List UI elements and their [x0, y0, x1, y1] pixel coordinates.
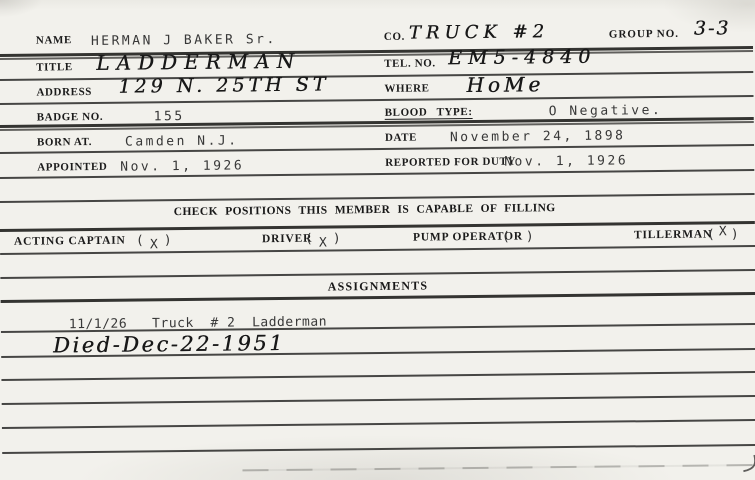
- assignments-heading: ASSIGNMENTS: [0, 275, 755, 298]
- assignments-section: ASSIGNMENTS 11/1/26 Truck # 2 Ladderman …: [0, 0, 755, 480]
- card-content: NAME HERMAN J BAKER Sr. CO. TRUCK #2 GRO…: [0, 0, 755, 480]
- assignment-entry-handwritten: Died-Dec-22-1951: [53, 331, 285, 357]
- pen-hook-mark: [741, 454, 755, 474]
- assignment-entry-typed: 11/1/26 Truck # 2 Ladderman: [69, 315, 327, 333]
- scanned-record-card: NAME HERMAN J BAKER Sr. CO. TRUCK #2 GRO…: [0, 0, 755, 480]
